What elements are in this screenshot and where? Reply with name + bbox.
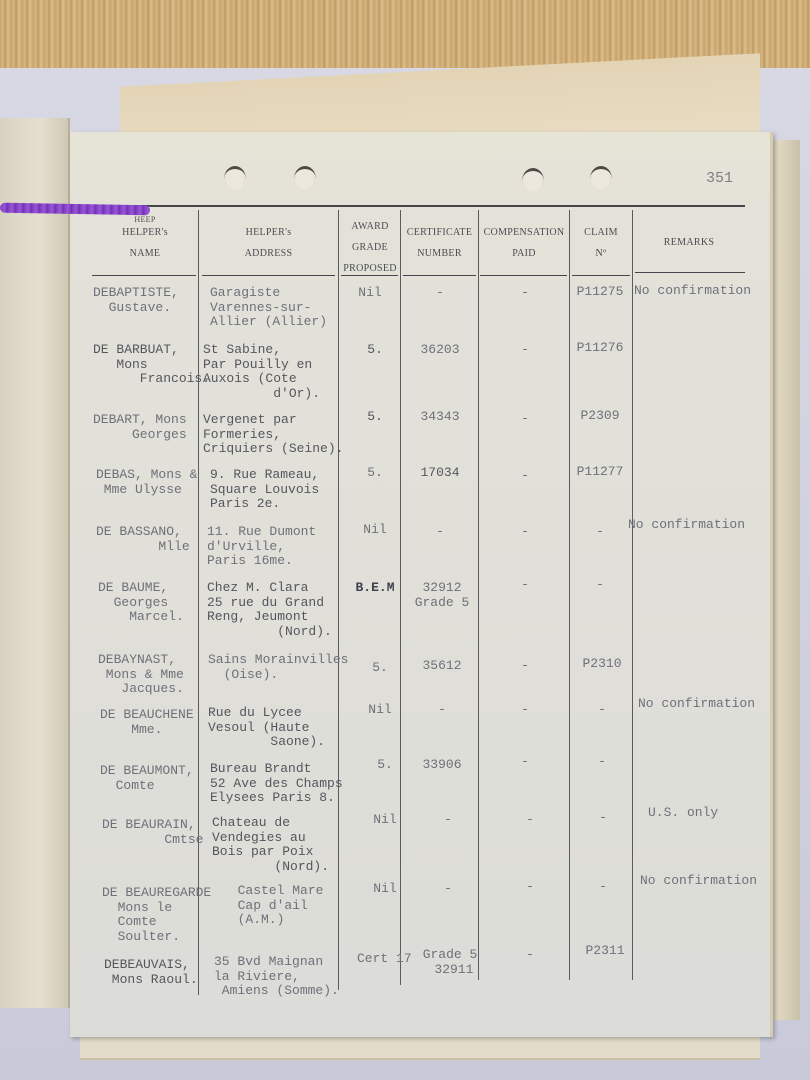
punch-hole — [224, 166, 246, 192]
cell-remarks: No confirmation — [640, 874, 757, 889]
cell-name: DEBAPTISTE, Gustave. — [93, 286, 179, 315]
cell-claim: P2309 — [565, 409, 635, 424]
cell-certificate: 33906 — [404, 758, 480, 773]
cell-claim: - — [567, 755, 637, 770]
cell-name: DEBART, Mons Georges — [93, 413, 187, 442]
cell-compensation: - — [480, 469, 570, 484]
cell-certificate: - — [402, 525, 478, 540]
cell-claim: - — [568, 811, 638, 826]
cell-name: DE BAUME, Georges Marcel. — [98, 581, 184, 625]
cell-award: Nil — [340, 286, 400, 301]
cell-certificate: 34343 — [402, 410, 478, 425]
cell-name: DE BASSANO, Mlle — [96, 525, 190, 554]
header-top-rule — [95, 205, 745, 207]
cell-address: 9. Rue Rameau, Square Louvois Paris 2e. — [210, 468, 319, 512]
header-underline — [403, 275, 476, 276]
cell-claim: - — [565, 525, 635, 540]
header-claim: CLAIM Nº — [570, 222, 632, 264]
header-underline — [480, 275, 567, 276]
cell-address: 11. Rue Dumont d'Urville, Paris 16me. — [207, 525, 316, 569]
cell-award: Nil — [340, 523, 410, 538]
cell-address: 35 Bvd Maignan la Riviere, Amiens (Somme… — [214, 955, 339, 999]
facing-page-edge — [0, 118, 70, 1008]
punch-hole — [522, 168, 544, 194]
cell-claim: - — [567, 703, 637, 718]
cell-claim: P2311 — [570, 944, 640, 959]
header-certificate: CERTIFICATE NUMBER — [401, 222, 478, 264]
header-underline — [635, 272, 745, 273]
cell-remarks: U.S. only — [648, 806, 718, 821]
cell-certificate: 32912 Grade 5 — [404, 581, 480, 610]
header-address: HELPER's ADDRESS — [202, 222, 335, 264]
cell-name: DEBAYNAST, Mons & Mme Jacques. — [98, 653, 184, 697]
cell-address: St Sabine, Par Pouilly en Auxois (Cote d… — [203, 343, 320, 401]
cell-compensation: - — [480, 659, 570, 674]
cell-certificate: 35612 — [404, 659, 480, 674]
cell-compensation: - — [480, 703, 570, 718]
cell-name: DE BEAUCHENE Mme. — [100, 708, 194, 737]
cell-claim: P11276 — [565, 341, 635, 356]
cell-claim: P11277 — [565, 465, 635, 480]
header-compensation: COMPENSATION PAID — [478, 222, 570, 264]
cell-address: Rue du Lycee Vesoul (Haute Saone). — [208, 706, 325, 750]
header-underline — [202, 275, 335, 276]
cell-award: Nil — [355, 882, 415, 897]
cell-name: DE BEAUREGARDE Mons le Comte Soulter. — [102, 886, 211, 944]
cell-claim: P11275 — [565, 285, 635, 300]
column-divider — [569, 210, 570, 980]
column-divider — [632, 210, 633, 980]
cell-award: 5. — [340, 343, 410, 358]
cell-certificate: - — [402, 286, 478, 301]
cell-address: Bureau Brandt 52 Ave des Champs Elysees … — [210, 762, 343, 806]
header-remarks: REMARKS — [633, 232, 745, 253]
cell-remarks: No confirmation — [638, 697, 755, 712]
cell-compensation: - — [480, 343, 570, 358]
cell-compensation: - — [480, 286, 570, 301]
cell-compensation: - — [480, 525, 570, 540]
cell-address: Chez M. Clara 25 rue du Grand Reng, Jeum… — [207, 581, 332, 639]
header-underline — [572, 275, 630, 276]
cell-address: Sains Morainvilles (Oise). — [208, 653, 348, 682]
cell-address: Castel Mare Cap d'ail (A.M.) — [222, 884, 323, 928]
cell-award: Nil — [350, 703, 410, 718]
cell-claim: - — [568, 880, 638, 895]
cell-claim: P2310 — [567, 657, 637, 672]
cell-name: DEBEAUVAIS, Mons Raoul. — [104, 958, 198, 987]
cell-name: DE BEAUMONT, Comte — [100, 764, 194, 793]
cell-compensation: - — [485, 948, 575, 963]
column-divider — [198, 210, 199, 995]
cell-award: Cert 17 — [357, 952, 412, 967]
cell-address: Garagiste Varennes-sur- Allier (Allier) — [210, 286, 327, 330]
cell-award: B.E.M — [345, 581, 405, 596]
cell-certificate: Grade 5 32911 — [414, 948, 486, 977]
cell-compensation: - — [480, 412, 570, 427]
header-underline — [92, 275, 196, 276]
cell-address: Vergenet par Formeries, Criquiers (Seine… — [203, 413, 343, 457]
cell-award: Nil — [355, 813, 415, 828]
cell-name: DE BEAURAIN, Cmtse — [102, 818, 203, 847]
cell-remarks: No confirmation — [628, 518, 745, 533]
cell-certificate: - — [404, 703, 480, 718]
cell-certificate: 36203 — [402, 343, 478, 358]
column-divider — [400, 210, 401, 985]
cell-name: DEBAS, Mons & Mme Ulysse — [96, 468, 197, 497]
cell-compensation: - — [485, 880, 575, 895]
header-award: AWARD GRADE PROPOSED — [339, 216, 401, 279]
cell-certificate: - — [410, 882, 486, 897]
cell-compensation: - — [480, 578, 570, 593]
cell-compensation: - — [480, 755, 570, 770]
cell-award: 5. — [340, 410, 410, 425]
cell-certificate: - — [410, 813, 486, 828]
punch-hole — [294, 166, 316, 192]
cell-name: DE BARBUAT, Mons Francois. — [93, 343, 210, 387]
cell-claim: - — [565, 578, 635, 593]
punch-hole — [590, 166, 612, 192]
cell-remarks: No confirmation — [634, 284, 751, 299]
page-number: 351 — [706, 170, 733, 187]
column-divider — [338, 210, 339, 990]
cell-compensation: - — [485, 813, 575, 828]
cell-certificate: 17034 — [402, 466, 478, 481]
header-name: HELPER's NAME — [95, 222, 195, 264]
cell-award: 5. — [340, 466, 410, 481]
cell-address: Chateau de Vendegies au Bois par Poix (N… — [212, 816, 329, 874]
